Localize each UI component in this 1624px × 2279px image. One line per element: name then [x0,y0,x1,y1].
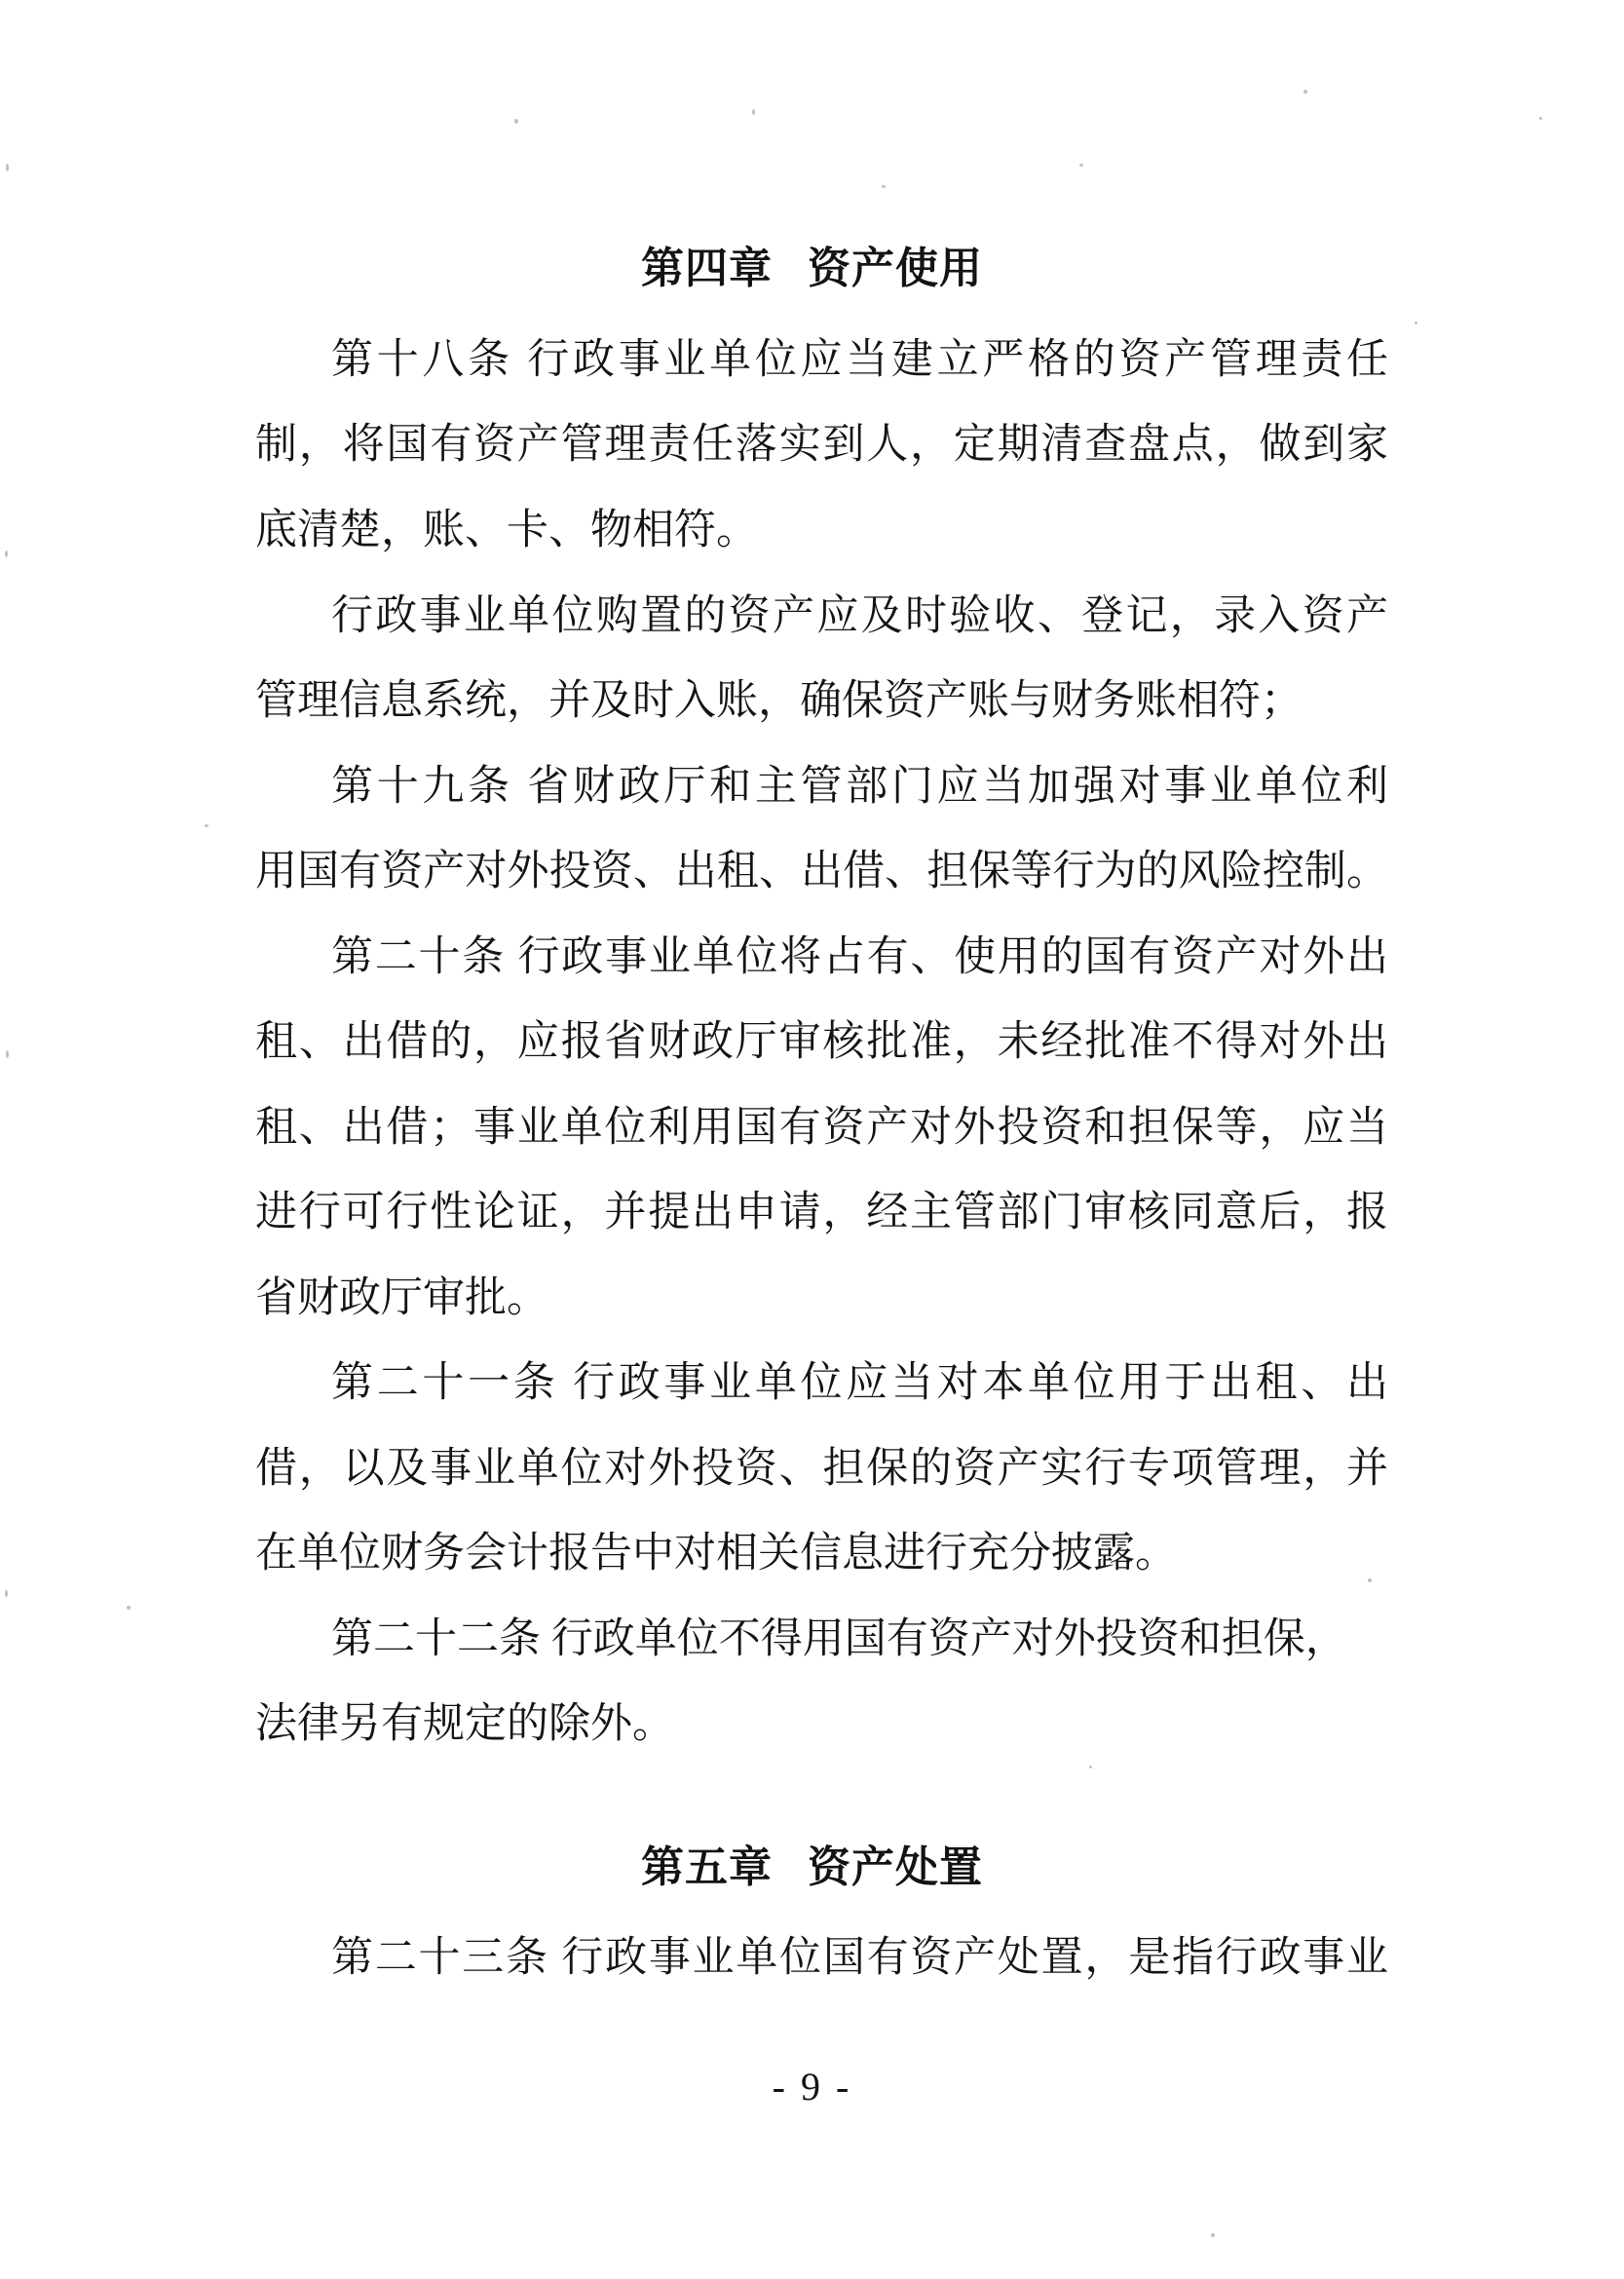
text-line: 行政事业单位购置的资产应及时验收、登记，录入资产 [255,592,1388,641]
text-line: 第二十二条 行政单位不得用国有资产对外投资和担保， [255,1615,1388,1664]
text-line: 第二十条 行政事业单位将占有、使用的国有资产对外出 [255,933,1388,982]
scan-speck [882,185,886,188]
scan-speck [1211,2233,1215,2237]
scan-speck [6,1050,9,1058]
scanned-document-page: 第四章 资产使用 第十八条 行政事业单位应当建立严格的资产管理责任 制，将国有资… [0,0,1624,2279]
text-line: 第十八条 行政事业单位应当建立严格的资产管理责任 [255,336,1388,385]
text-line: 第二十一条 行政事业单位应当对本单位用于出租、出 [255,1359,1388,1408]
scan-speck [205,824,208,827]
text-line: 省财政厅审批。 [255,1274,1388,1323]
scan-speck [1079,164,1083,167]
text-line: 进行可行性论证，并提出申请，经主管部门审核同意后，报 [255,1189,1388,1237]
scan-speck [5,1590,8,1597]
scan-speck [1539,117,1542,120]
text-line: 第二十三条 行政事业单位国有资产处置，是指行政事业 [255,1934,1388,1983]
scan-speck [514,119,518,124]
text-line: 制，将国有资产管理责任落实到人，定期清查盘点，做到家 [255,421,1388,470]
text-line: 租、出借；事业单位利用国有资产对外投资和担保等，应当 [255,1104,1388,1153]
scan-speck [5,551,8,557]
chapter-5-heading: 第五章 资产处置 [0,1844,1624,1891]
text-line: 第十九条 省财政厅和主管部门应当加强对事业单位利 [255,763,1388,812]
text-line: 租、出借的，应报省财政厅审核批准，未经批准不得对外出 [255,1018,1388,1067]
chapter-4-heading: 第四章 资产使用 [0,246,1624,292]
text-line: 用国有资产对外投资、出租、出借、担保等行为的风险控制。 [255,848,1388,896]
scan-speck [1368,1578,1372,1582]
scan-speck [1415,322,1417,324]
text-line: 借，以及事业单位对外投资、担保的资产实行专项管理，并 [255,1445,1388,1494]
text-line: 法律另有规定的除外。 [255,1700,1388,1749]
text-line: 底清楚，账、卡、物相符。 [255,507,1388,555]
scan-speck [752,109,755,115]
text-line: 管理信息系统，并及时入账，确保资产账与财务账相符； [255,677,1388,726]
text-line: 在单位财务会计报告中对相关信息进行充分披露。 [255,1530,1388,1578]
scan-speck [1303,90,1307,94]
scan-speck [6,164,9,171]
scan-speck [127,1606,131,1610]
scan-speck [1089,1766,1092,1768]
page-number: - 9 - [0,2066,1624,2108]
